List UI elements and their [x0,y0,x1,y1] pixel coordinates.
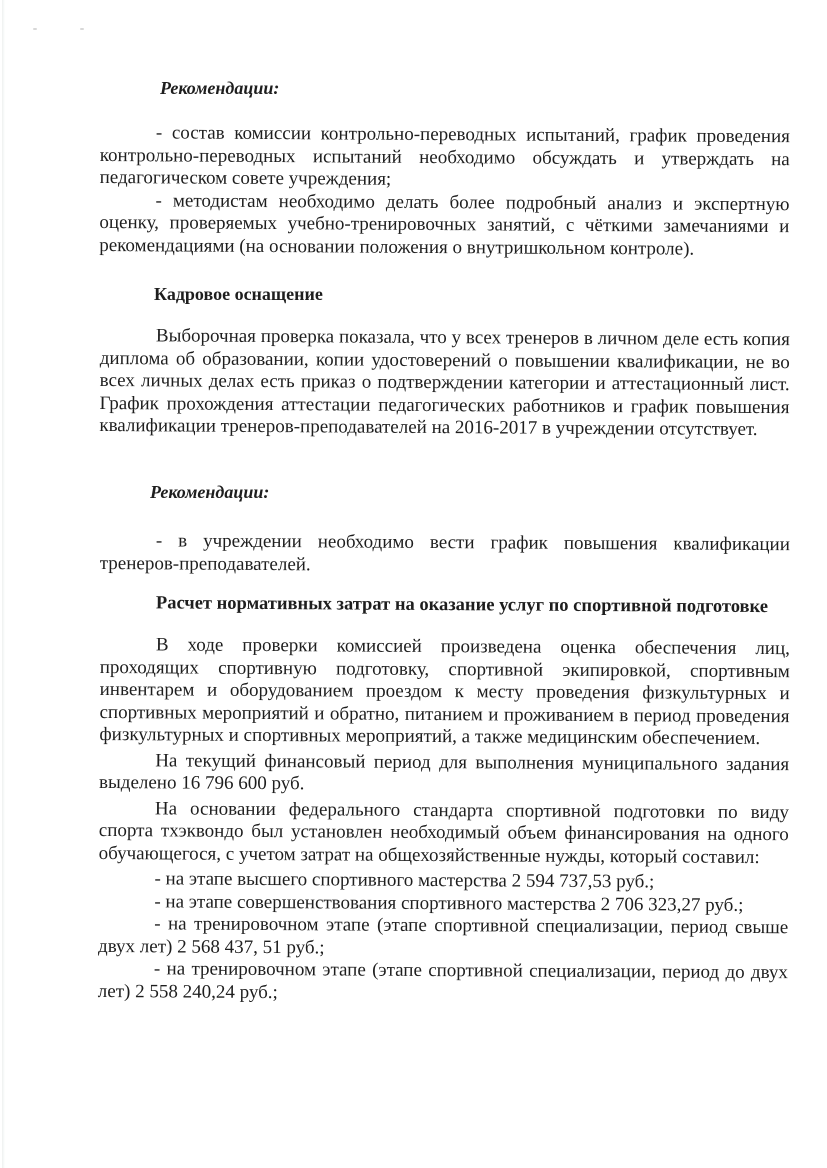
cost-calculation-heading: Расчет нормативных затрат на оказание ус… [100,592,790,619]
recommendation-item: - методистам необходимо делать более под… [99,189,789,261]
staffing-heading: Кадровое оснащение [154,284,323,305]
scanned-page: Рекомендации: - состав комиссии контроль… [0,0,827,1168]
recommendation-item: - в учреждении необходимо вести график п… [100,530,790,579]
scan-speck [33,28,37,30]
scan-edge [2,0,5,1168]
staffing-block: Выборочная проверка показала, что у всех… [99,325,790,442]
recommendations-heading-1: Рекомендации: [160,78,279,99]
recommendation-item: - состав комиссии контрольно-переводных … [100,122,790,194]
standard-paragraph: На основании федерального стандарта спор… [99,797,789,869]
recommendations-block-2: - в учреждении необходимо вести график п… [100,530,790,579]
budget-paragraph: На текущий финансовый период для выполне… [99,749,789,798]
staffing-paragraph: Выборочная проверка показала, что у всех… [99,325,790,442]
cost-item-training-under-two-years: - на тренировочном этапе (этапе спортивн… [98,958,788,1007]
cost-paragraph: В ходе проверки комиссией произведена оц… [99,634,790,751]
scan-speck [80,28,84,30]
cost-item-training-over-two-years: - на тренировочном этапе (этапе спортивн… [98,913,788,962]
cost-calculation-block: В ходе проверки комиссией произведена оц… [98,634,790,1007]
recommendations-block-1: - состав комиссии контрольно-переводных … [99,122,790,261]
recommendations-heading-2: Рекомендации: [150,482,269,503]
